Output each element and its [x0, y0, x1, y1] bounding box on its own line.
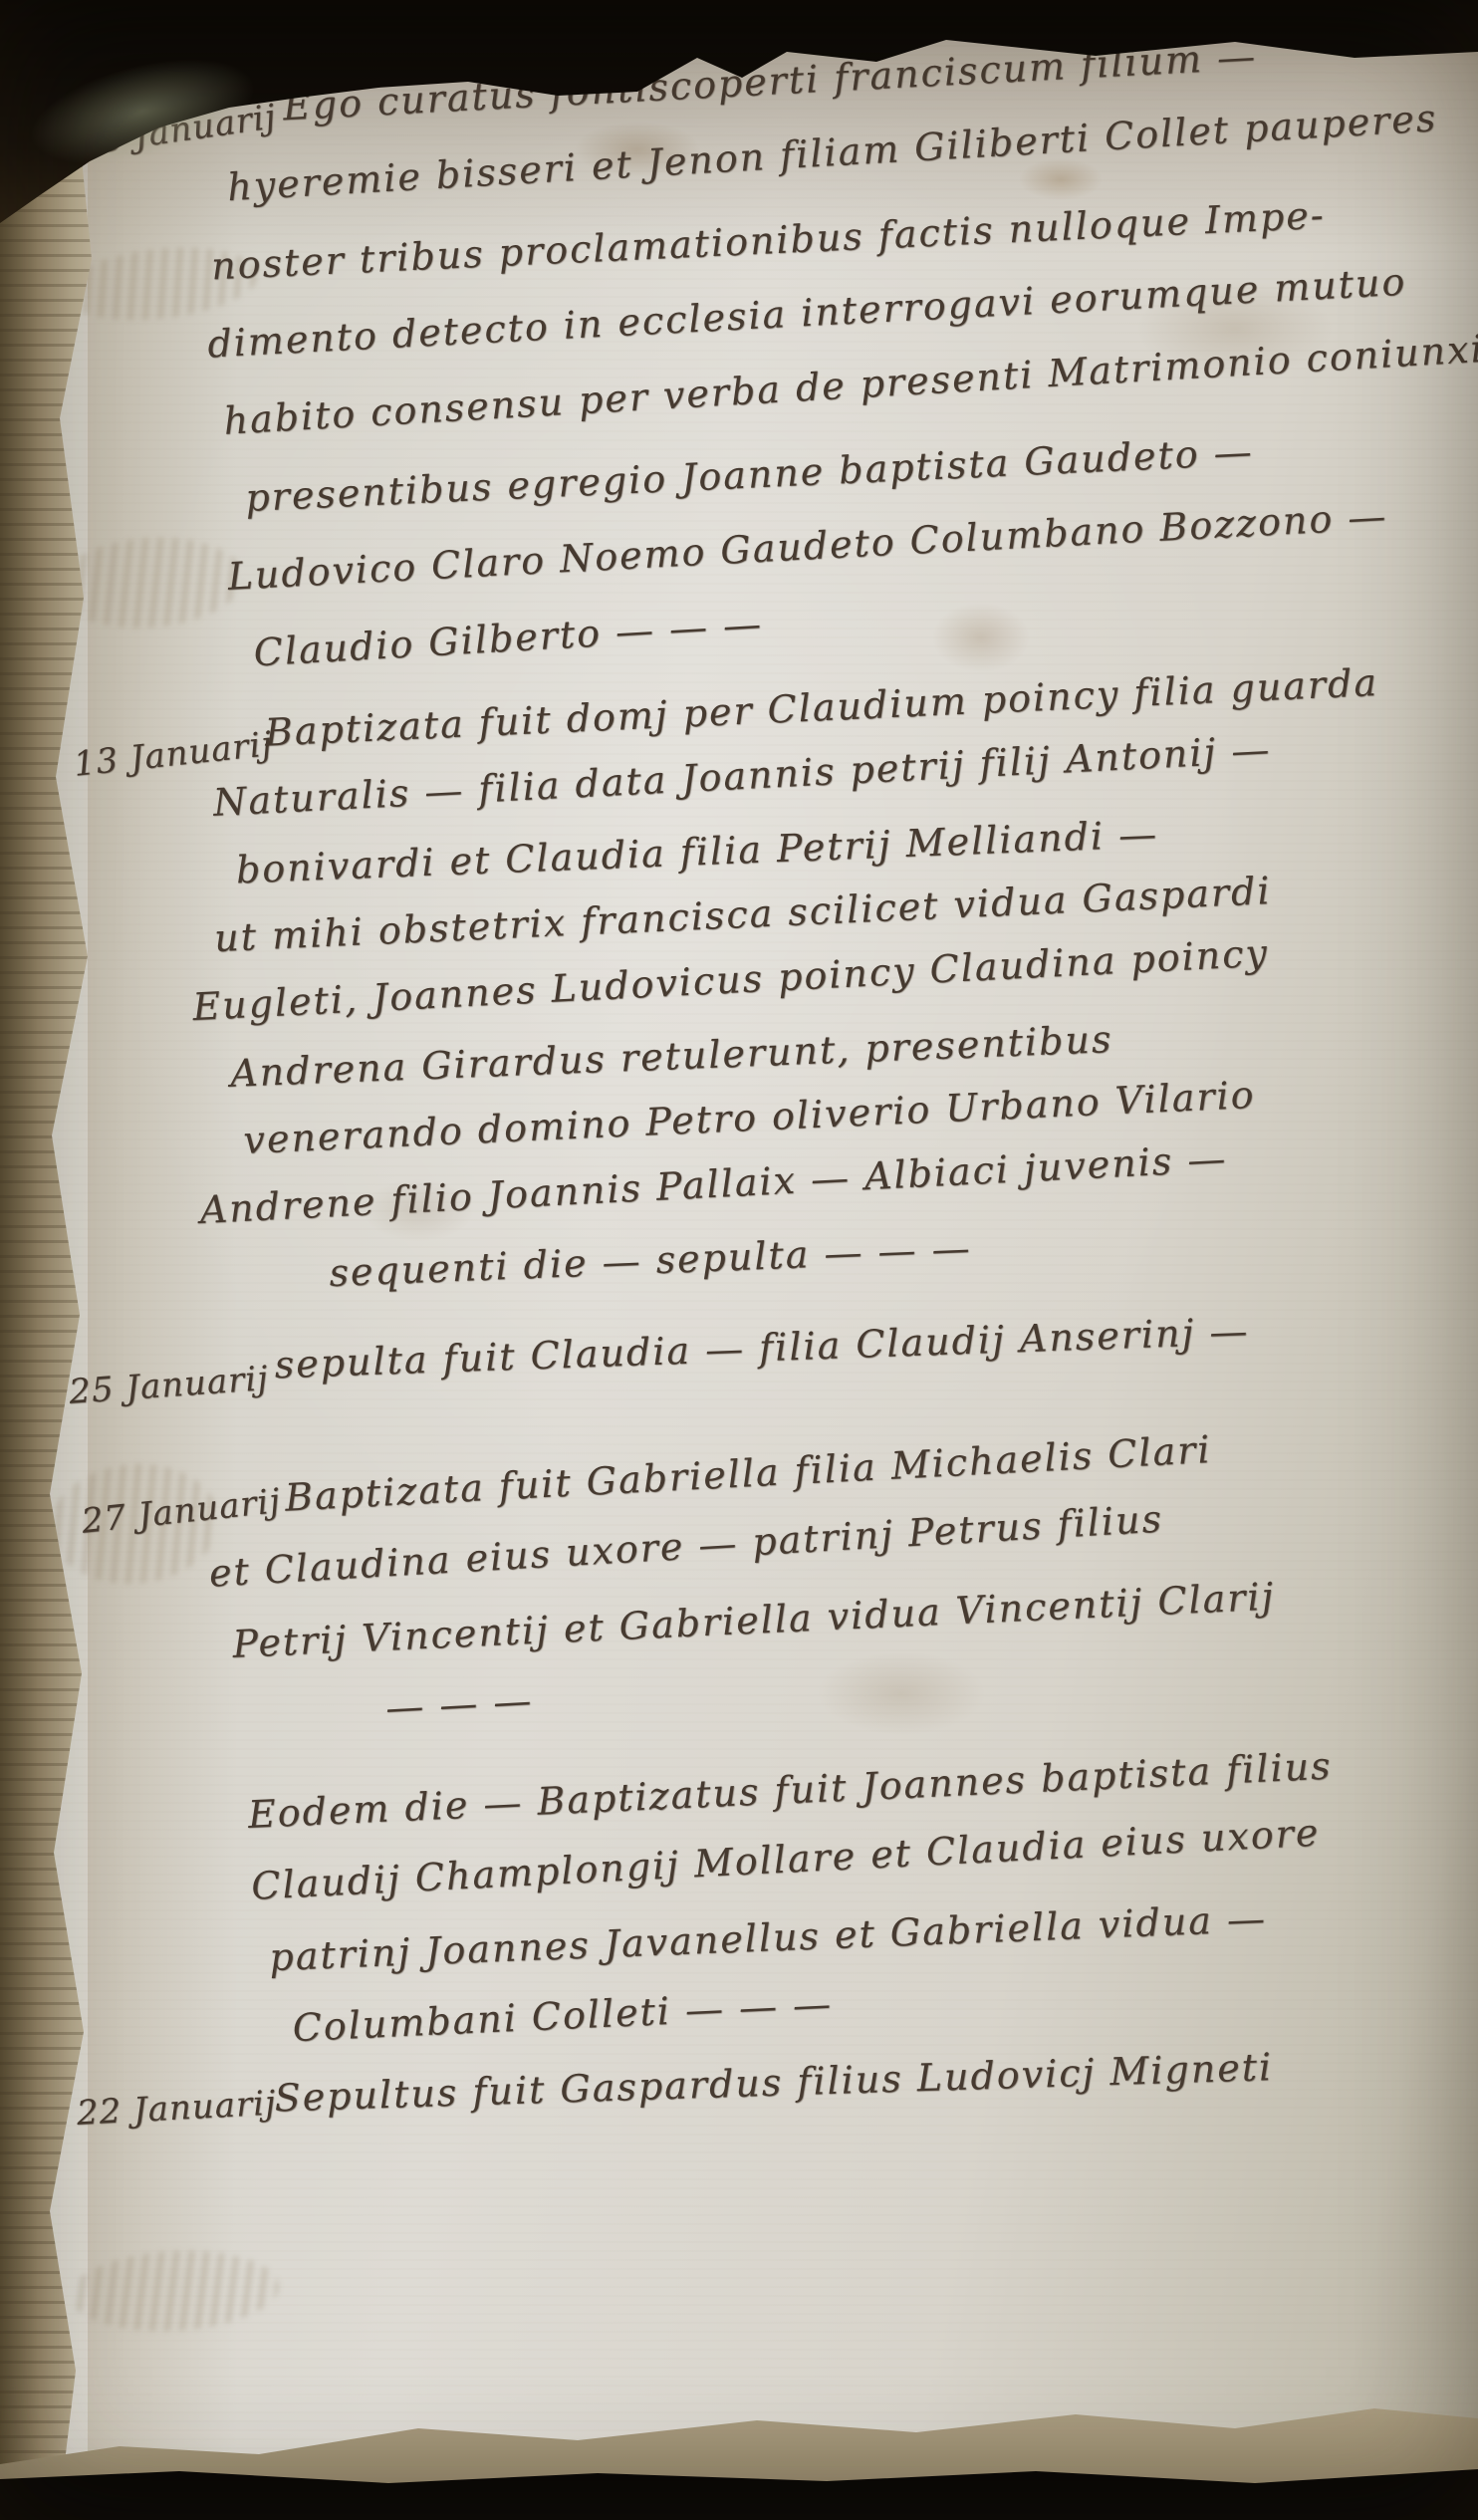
handwritten-text-layer: 8 Januarij Ego curatus fontiscoperti fra…: [0, 0, 1478, 2520]
register-entry-baptism: Baptizata fuit domj per Claudium poincy …: [169, 660, 1405, 1324]
register-entry-burial: sepulta fuit Claudia — filia Claudij Ans…: [169, 1309, 1251, 1424]
book-gutter-right: [1382, 0, 1478, 2520]
entry-line: sepulta fuit Claudia — filia Claudij Ans…: [169, 1309, 1251, 1424]
register-entry-baptism: Eodem die — Baptizatus fuit Joannes bapt…: [247, 1744, 1345, 2080]
register-entry-baptism: Baptizata fuit Gabriella filia Michaelis…: [184, 1424, 1281, 1768]
manuscript-photo: 8 Januarij Ego curatus fontiscoperti fra…: [0, 0, 1478, 2520]
register-entry-marriage: Ego curatus fontiscoperti franciscum fil…: [194, 23, 1478, 710]
